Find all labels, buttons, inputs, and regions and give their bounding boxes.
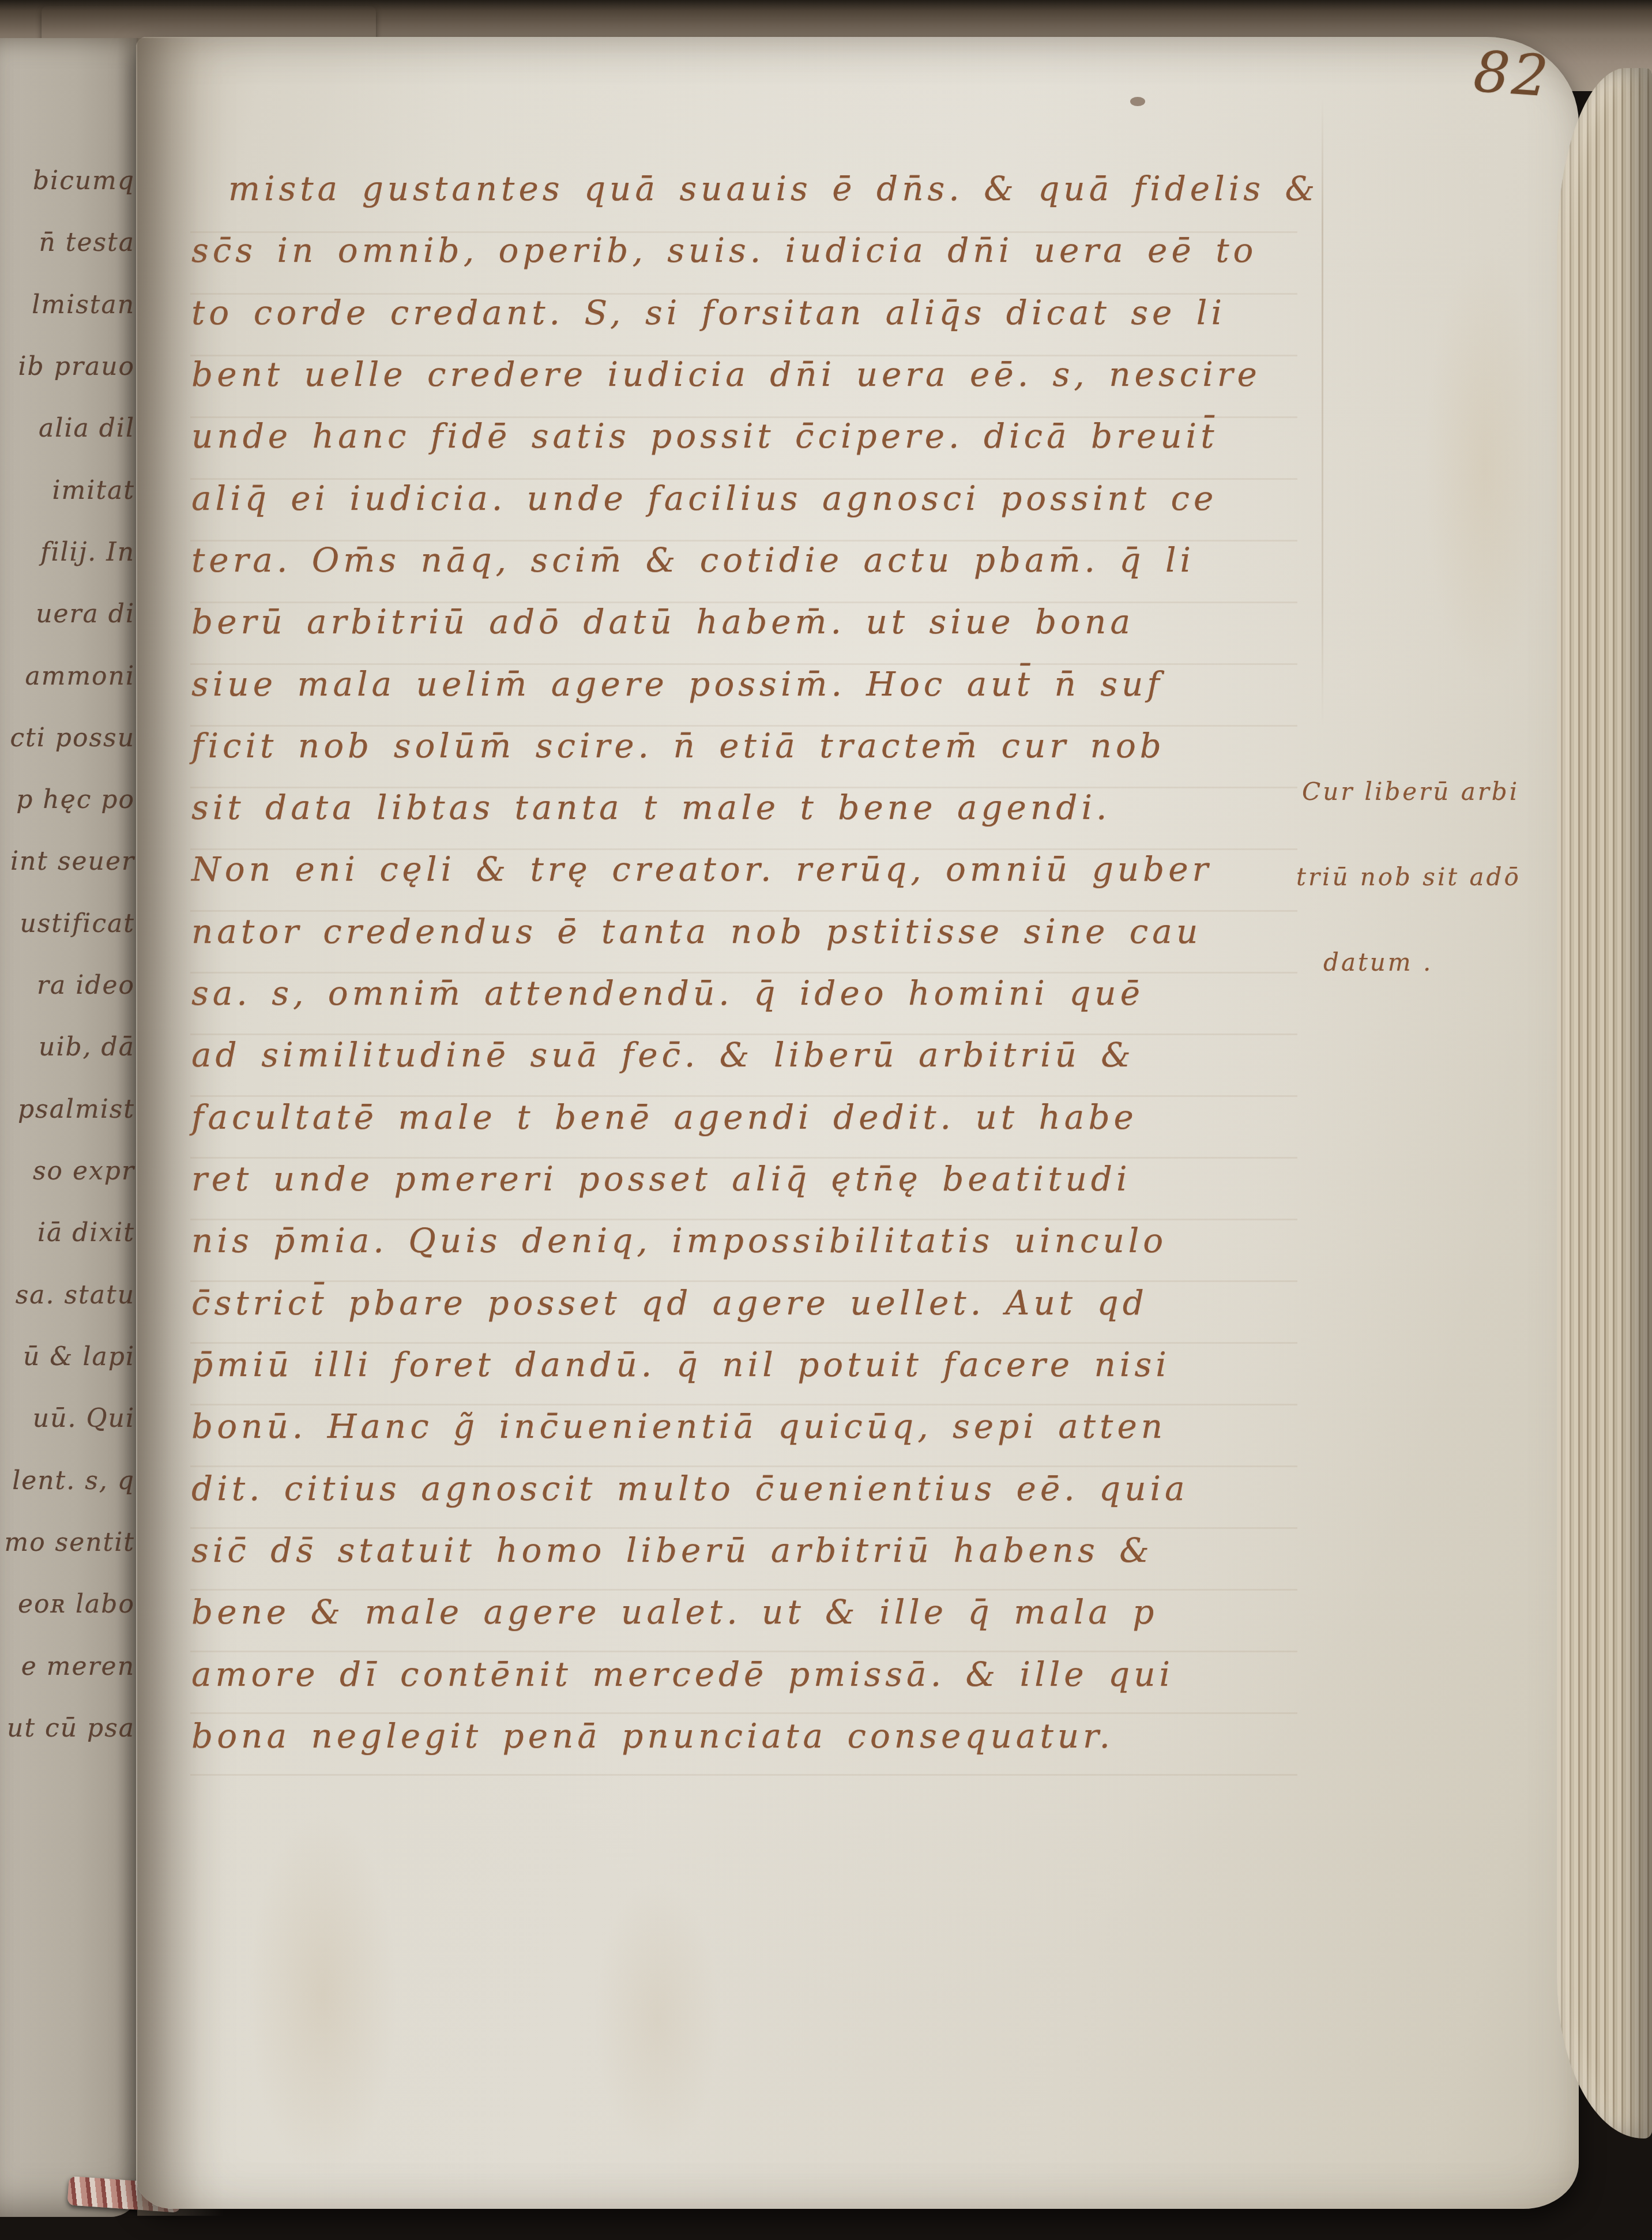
text-line: unde hanc fidē satis possit c̄cipere. di… <box>191 419 1218 453</box>
facing-page-fragment: int seuer <box>10 849 135 874</box>
facing-page-fragment: lmistan <box>32 292 135 318</box>
facing-page-fragment: so expr <box>33 1159 135 1184</box>
facing-page-fragment: filij. In <box>40 540 135 565</box>
text-line: sc̄s in omnib, operib, suis. iudicia dn̄… <box>191 234 1257 267</box>
text-line: ad similitudinē suā fec̄. & liberū arbit… <box>191 1038 1135 1072</box>
marginal-note-line: triū nob sit adō <box>1296 865 1521 889</box>
text-line: ficit nob solūm̄ scire. n̄ etiā tractem̄… <box>191 729 1165 762</box>
text-line: amore dī contēnit mercedē pmissā. & ille… <box>191 1658 1174 1691</box>
facing-page-fragment: ustificat <box>20 911 135 937</box>
text-line: siue mala uelim̄ agere possim̄. Hoc aut̄… <box>191 667 1164 701</box>
facing-page-fragment: ammoni <box>25 664 135 689</box>
facing-page-fragment: eoʀ labo <box>18 1592 135 1617</box>
marginal-note-line: datum . <box>1323 950 1433 975</box>
facing-page-fragment: uib, dā <box>39 1035 135 1060</box>
facing-page-fragment: n̄ testa <box>39 230 135 255</box>
manuscript-photo: bicumq n̄ testa lmistan ib prauo alia di… <box>0 0 1652 2240</box>
facing-page-edge: bicumq n̄ testa lmistan ib prauo alia di… <box>0 38 138 2217</box>
facing-page-fragment: ut cū psa <box>7 1716 135 1741</box>
facing-page-fragment: p hęc po <box>16 787 135 813</box>
facing-page-fragment: sa. statu <box>16 1283 135 1308</box>
text-line: aliq̄ ei iudicia. unde facilius agnosci … <box>191 482 1217 515</box>
text-line: sit data libtas tanta t male t bene agen… <box>191 791 1111 824</box>
text-line: bene & male agere ualet. ut & ille q̄ ma… <box>191 1595 1158 1629</box>
text-line: facultatē male t benē agendi dedit. ut h… <box>191 1100 1138 1134</box>
text-line: c̄strict̄ pbare posset qd agere uellet. … <box>191 1286 1148 1320</box>
text-line: nator credendus ē tanta nob pstitisse si… <box>191 915 1202 948</box>
text-line: ret unde pmereri posset aliq̄ ętn̄ę beat… <box>191 1162 1131 1196</box>
facing-page-fragment: cti possu <box>10 726 135 751</box>
text-line: bent uelle credere iudicia dn̄i uera eē.… <box>191 358 1261 391</box>
folio-number: 82 <box>1472 39 1552 110</box>
fore-edge-stack <box>1557 68 1652 2138</box>
facing-page-fragment: uū. Qui <box>33 1406 135 1431</box>
text-line: bona neglegit penā pnunciata consequatur… <box>191 1719 1114 1753</box>
text-line: mista gustantes quā suauis ē dn̄s. & quā… <box>228 172 1319 205</box>
text-line: berū arbitriū adō datū habem̄. ut siue b… <box>191 605 1134 638</box>
facing-page-fragment: ra ideo <box>37 973 135 998</box>
facing-page-fragment: lent. s, q <box>12 1468 135 1494</box>
facing-page-fragment: iā dixit <box>37 1220 135 1246</box>
text-line: sa. s, omnim̄ attendendū. q̄ ideo homini… <box>191 976 1144 1010</box>
facing-page-fragment: alia dil <box>39 416 135 441</box>
facing-page-fragment: e meren <box>21 1654 135 1679</box>
text-line: nis p̄mia. Quis deniq, impossibilitatis … <box>191 1224 1167 1257</box>
facing-page-fragment: ib prauo <box>18 354 135 379</box>
text-line: tera. Om̄s nāq, scim̄ & cotidie actu pba… <box>191 543 1195 577</box>
text-line: to corde credant. S, si forsitan aliq̄s … <box>191 296 1226 329</box>
facing-page-fragment: imitat <box>52 478 135 503</box>
text-line: dit. citius agnoscit multo c̄uenientius … <box>191 1472 1189 1505</box>
text-line: p̄miū illi foret dandū. q̄ nil potuit fa… <box>191 1348 1171 1381</box>
facing-page-fragment: bicumq <box>33 168 135 194</box>
crease-line <box>1322 98 1323 727</box>
text-line: bonū. Hanc g̃ inc̄uenientiā quicūq, sepi… <box>191 1410 1166 1443</box>
facing-page-fragment: mo sentit <box>4 1530 135 1555</box>
text-line: sic̄ ds̄ statuit homo liberū arbitriū ha… <box>191 1534 1153 1567</box>
marginal-note-line: Cur liberū arbi <box>1302 780 1519 804</box>
facing-page-fragment: psalmist <box>18 1097 135 1122</box>
facing-page-fragment: uera di <box>36 602 135 627</box>
text-line: Non eni cęli & trę creator. rerūq, omniū… <box>191 852 1212 886</box>
facing-page-fragment: ū & lapi <box>23 1344 135 1370</box>
